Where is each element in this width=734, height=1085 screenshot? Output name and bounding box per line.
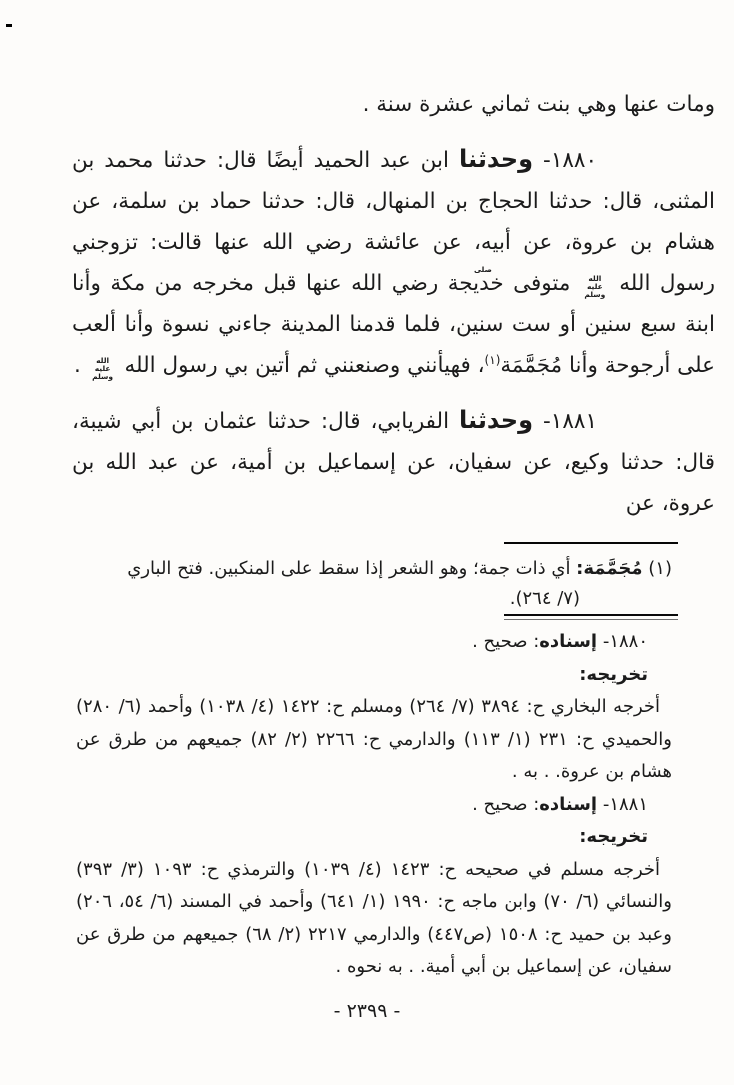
- footnote: (١) مُجَمَّمَة: أي ذات جمة؛ وهو الشعر إذ…: [76, 554, 672, 614]
- footnote-marker: (١): [643, 558, 672, 579]
- narration-verb: وحدثنا: [459, 406, 533, 434]
- saw-symbol: صلى الله عليه وسلم: [88, 348, 118, 381]
- footnote-separator-line: [504, 542, 678, 544]
- hadith-1881-paragraph: ١٨٨١- وحدثنا الفريابي، قال: حدثنا عثمان …: [72, 400, 715, 524]
- takhrij-label-text: تخريجه:: [579, 664, 648, 685]
- matn-text-2: ، فهيأنني وصنعنني ثم أتين بي رسول الله: [118, 353, 485, 378]
- scan-artifact-dot: [6, 24, 12, 27]
- footnote-definition: أي ذات جمة؛ وهو الشعر إذا سقط على المنكب…: [127, 558, 576, 579]
- isnad-label: إسناده: [539, 794, 597, 815]
- takhrij-apparatus-section: ١٨٨٠- إسناده: صحيح . تخريجه: أخرجه البخا…: [76, 626, 672, 984]
- takhrij-label-text: تخريجه:: [579, 826, 648, 847]
- entry-number: ١٨٨٠-: [597, 631, 648, 652]
- narration-verb: وحدثنا: [459, 145, 533, 173]
- isnad-label: إسناده: [539, 631, 597, 652]
- footnoted-word: مُجَمَّمَة: [500, 353, 562, 378]
- footnote-marker-sup: (١): [485, 353, 501, 367]
- takhrij-label-1881: تخريجه:: [76, 821, 672, 854]
- isnad-text: الفريابي، قال: حدثنا عثمان بن أبي شيبة، …: [72, 409, 715, 516]
- hadith-number: ١٨٨١-: [543, 409, 597, 434]
- takhrij-body-1881: أخرجه مسلم في صحيحه ح: ١٤٢٣ (٤/ ١٠٣٩) وا…: [76, 854, 672, 984]
- isnad-grade: : صحيح .: [472, 631, 539, 652]
- footnote-term: مُجَمَّمَة:: [576, 558, 642, 579]
- isnad-grade-line-1881: ١٨٨١- إسناده: صحيح .: [76, 789, 672, 822]
- takhrij-label-1880: تخريجه:: [76, 659, 672, 692]
- closing-mark: .: [74, 353, 88, 378]
- saw-symbol: صلى الله عليه وسلم: [580, 266, 610, 299]
- book-page-scan: ومات عنها وهي بنت ثماني عشرة سنة . ١٨٨٠-…: [0, 0, 734, 1085]
- hadith-number: ١٨٨٠-: [543, 148, 597, 173]
- isnad-grade-line-1880: ١٨٨٠- إسناده: صحيح .: [76, 626, 672, 659]
- main-text-block: ومات عنها وهي بنت ثماني عشرة سنة . ١٨٨٠-…: [72, 84, 715, 524]
- page-number: - ٢٣٩٩ -: [0, 1000, 734, 1022]
- takhrij-body-1880: أخرجه البخاري ح: ٣٨٩٤ (٧/ ٢٦٤) ومسلم ح: …: [76, 691, 672, 789]
- footnote-reference: (٧/ ٢٦٤).: [76, 584, 672, 614]
- section-separator-double-rule: [504, 614, 678, 620]
- entry-number: ١٨٨١-: [597, 794, 648, 815]
- isnad-grade: : صحيح .: [472, 794, 539, 815]
- hadith-1880-paragraph: ١٨٨٠- وحدثنا ابن عبد الحميد أيضًا قال: ح…: [72, 139, 715, 386]
- continuation-line: ومات عنها وهي بنت ثماني عشرة سنة .: [72, 84, 715, 125]
